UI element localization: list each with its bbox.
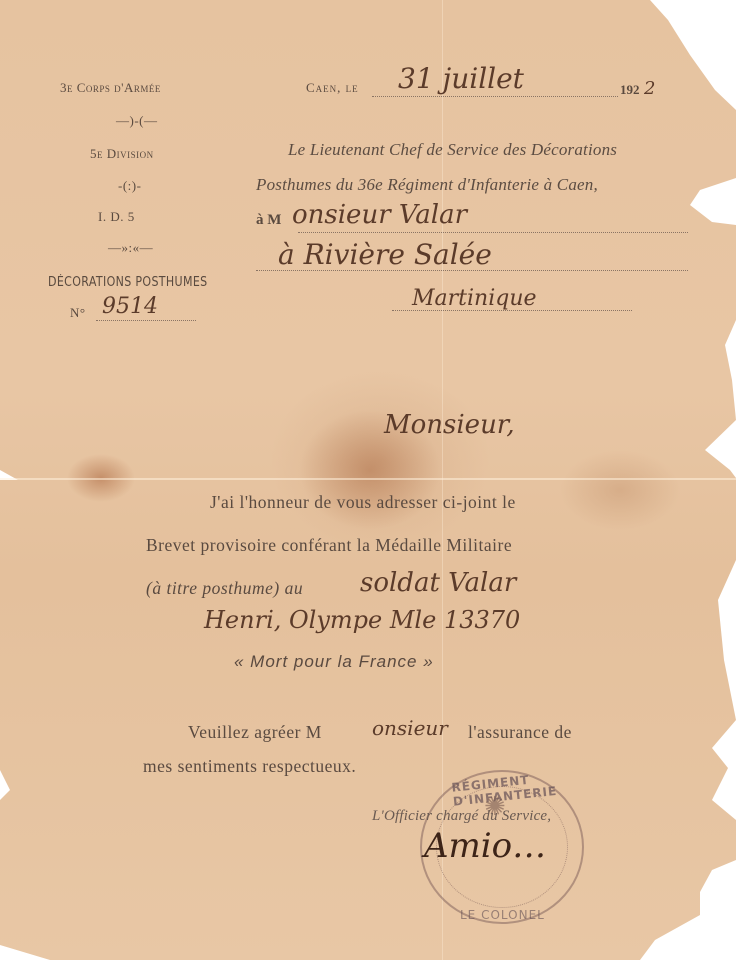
- letterhead-id: I. D. 5: [98, 209, 135, 225]
- body-line-3-printed: (à titre posthume) au: [146, 578, 303, 599]
- soldier-name-and-number: Henri, Olympe Mle 13370: [204, 606, 520, 634]
- letterhead-separator-3: —»:«—: [108, 240, 153, 256]
- sender-line-2: Posthumes du 36e Régiment d'Infanterie à…: [256, 175, 598, 195]
- number-dotted-line: [96, 320, 196, 321]
- recipient-dotted-line-1: [298, 232, 688, 233]
- body-line-2: Brevet provisoire conférant la Médaille …: [146, 535, 512, 556]
- body-line-1: J'ai l'honneur de vous adresser ci-joint…: [210, 492, 516, 513]
- recipient-country: Martinique: [412, 286, 537, 311]
- letterhead-office: DÉCORATIONS POSTHUMES: [48, 275, 208, 290]
- letterhead-number-label: N°: [70, 305, 86, 321]
- stamp-text-bottom: LE COLONEL: [460, 908, 545, 922]
- dateline-day-month: 31 juillet: [398, 62, 524, 95]
- letterhead-division: 5e Division: [90, 146, 154, 162]
- letterhead-separator-1: —)-(—: [116, 113, 158, 129]
- date-dotted-line: [372, 96, 618, 97]
- sender-line-1: Le Lieutenant Chef de Service des Décora…: [288, 140, 617, 160]
- closing-line-2: mes sentiments respectueux.: [143, 756, 356, 777]
- closing-line-1-b: l'assurance de: [468, 722, 572, 743]
- recipient-address: à Rivière Salée: [278, 238, 492, 271]
- recipient-prefix: à M: [256, 212, 281, 229]
- closing-line-1-handwritten: onsieur: [372, 716, 448, 740]
- letterhead-number-value: 9514: [102, 294, 158, 319]
- letterhead-separator-2: -(:)-: [118, 178, 141, 194]
- dateline-year-printed: 192: [620, 82, 640, 98]
- closing-line-1-a: Veuillez agréer M: [188, 722, 322, 743]
- signature-title: L'Officier chargé du Service,: [372, 808, 551, 825]
- body-line-3-handwritten: soldat Valar: [360, 568, 516, 598]
- signature: Amio…: [424, 826, 546, 866]
- dateline-place: Caen, le: [306, 80, 359, 96]
- salutation: Monsieur,: [384, 410, 515, 440]
- fold-line-horizontal: [0, 478, 736, 480]
- letterhead-corps: 3e Corps d'Armée: [60, 80, 161, 96]
- recipient-name: onsieur Valar: [292, 200, 467, 230]
- dateline-year-handwritten: 2: [644, 78, 655, 99]
- mort-pour-la-france: « Mort pour la France »: [234, 652, 434, 672]
